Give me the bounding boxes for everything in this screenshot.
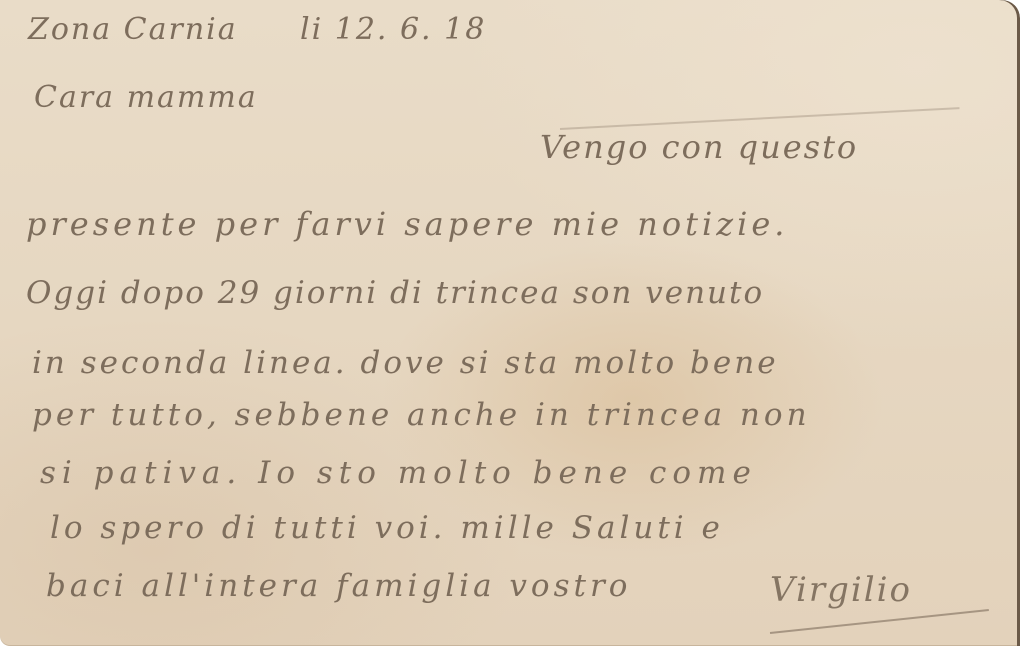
body-line-4: in seconda linea. dove si sta molto bene [32, 345, 779, 381]
body-line-7: lo spero di tutti voi. mille Saluti e [50, 510, 724, 546]
body-line-5: per tutto, sebbene anche in trincea non [32, 397, 811, 433]
signature: Virgilio [770, 570, 912, 610]
body-line-8: baci all'intera famiglia vostro [46, 568, 631, 604]
postcard: Zona Carnia li 12. 6. 18 Cara mamma Veng… [0, 0, 1020, 646]
body-line-1: Vengo con questo [540, 128, 858, 166]
body-line-6: si pativa. Io sto molto bene come [40, 455, 757, 491]
header-place: Zona Carnia [28, 12, 238, 47]
salutation: Cara mamma [34, 80, 258, 115]
signature-flourish [770, 609, 989, 633]
header-date: li 12. 6. 18 [300, 12, 486, 47]
body-line-3: Oggi dopo 29 giorni di trincea son venut… [26, 275, 764, 311]
header-line [560, 107, 960, 129]
body-line-2: presente per farvi sapere mie notizie. [26, 205, 788, 243]
